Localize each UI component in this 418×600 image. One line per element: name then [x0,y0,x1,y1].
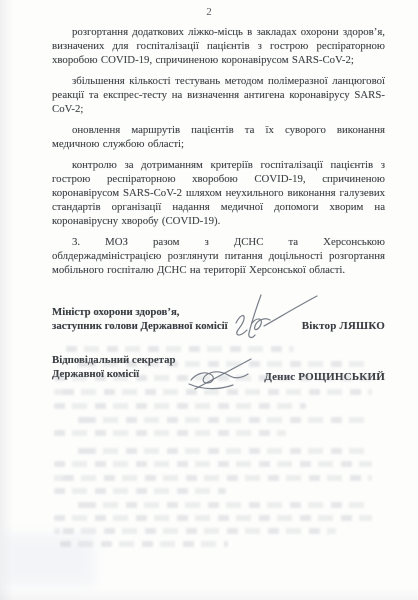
signatory-name: Віктор ЛЯШКО [302,319,385,333]
paragraph-testing-increase: збільшення кількості тестувань методом п… [52,74,385,116]
bleed-through-line [54,475,372,481]
signatory-title-line-1: Міністр охорони здоров’я, [52,306,385,320]
paragraph-item-3: 3. МОЗ разом з ДСНС та Херсонською облде… [52,235,385,277]
bleed-through-line [54,389,372,395]
bleed-through-line [76,417,370,423]
bleed-through-line [66,346,294,352]
page-number: 2 [0,6,418,18]
document-page: 2 розгортання додаткових ліжко-місць в з… [0,0,418,600]
bleed-through-line [76,448,370,454]
paragraph-patient-routes: оновлення маршрутів пацієнтів та їх суво… [52,123,385,151]
paragraph-item-3-line-2: облдержадміністрацією розглянути питання… [52,249,385,263]
bleed-through-line [54,375,372,381]
bleed-through-line [76,502,370,508]
paragraph-item-3-line-3: мобільного госпіталю ДСНС на території Х… [52,263,385,277]
bleed-through-line [54,488,226,494]
paragraph-item-3-line-1: 3. МОЗ разом з ДСНС та Херсонською [52,235,385,249]
bleed-through-line [54,430,286,436]
bleed-through-line [54,461,372,467]
paragraph-hospitalization-control: контролю за дотриманням критеріїв госпіт… [52,158,385,228]
bleed-through-line [76,361,370,367]
signature-block-minister: Міністр охорони здоров’я, заступник голо… [52,306,385,333]
bleed-through-line [60,541,228,547]
bleed-through-line [54,403,306,409]
paragraph-bed-expansion: розгортання додаткових ліжко-місць в зак… [52,25,385,67]
bleed-through-line [54,528,336,534]
bleed-through-line [54,515,372,521]
signature-section: Міністр охорони здоров’я, заступник голо… [52,306,385,381]
